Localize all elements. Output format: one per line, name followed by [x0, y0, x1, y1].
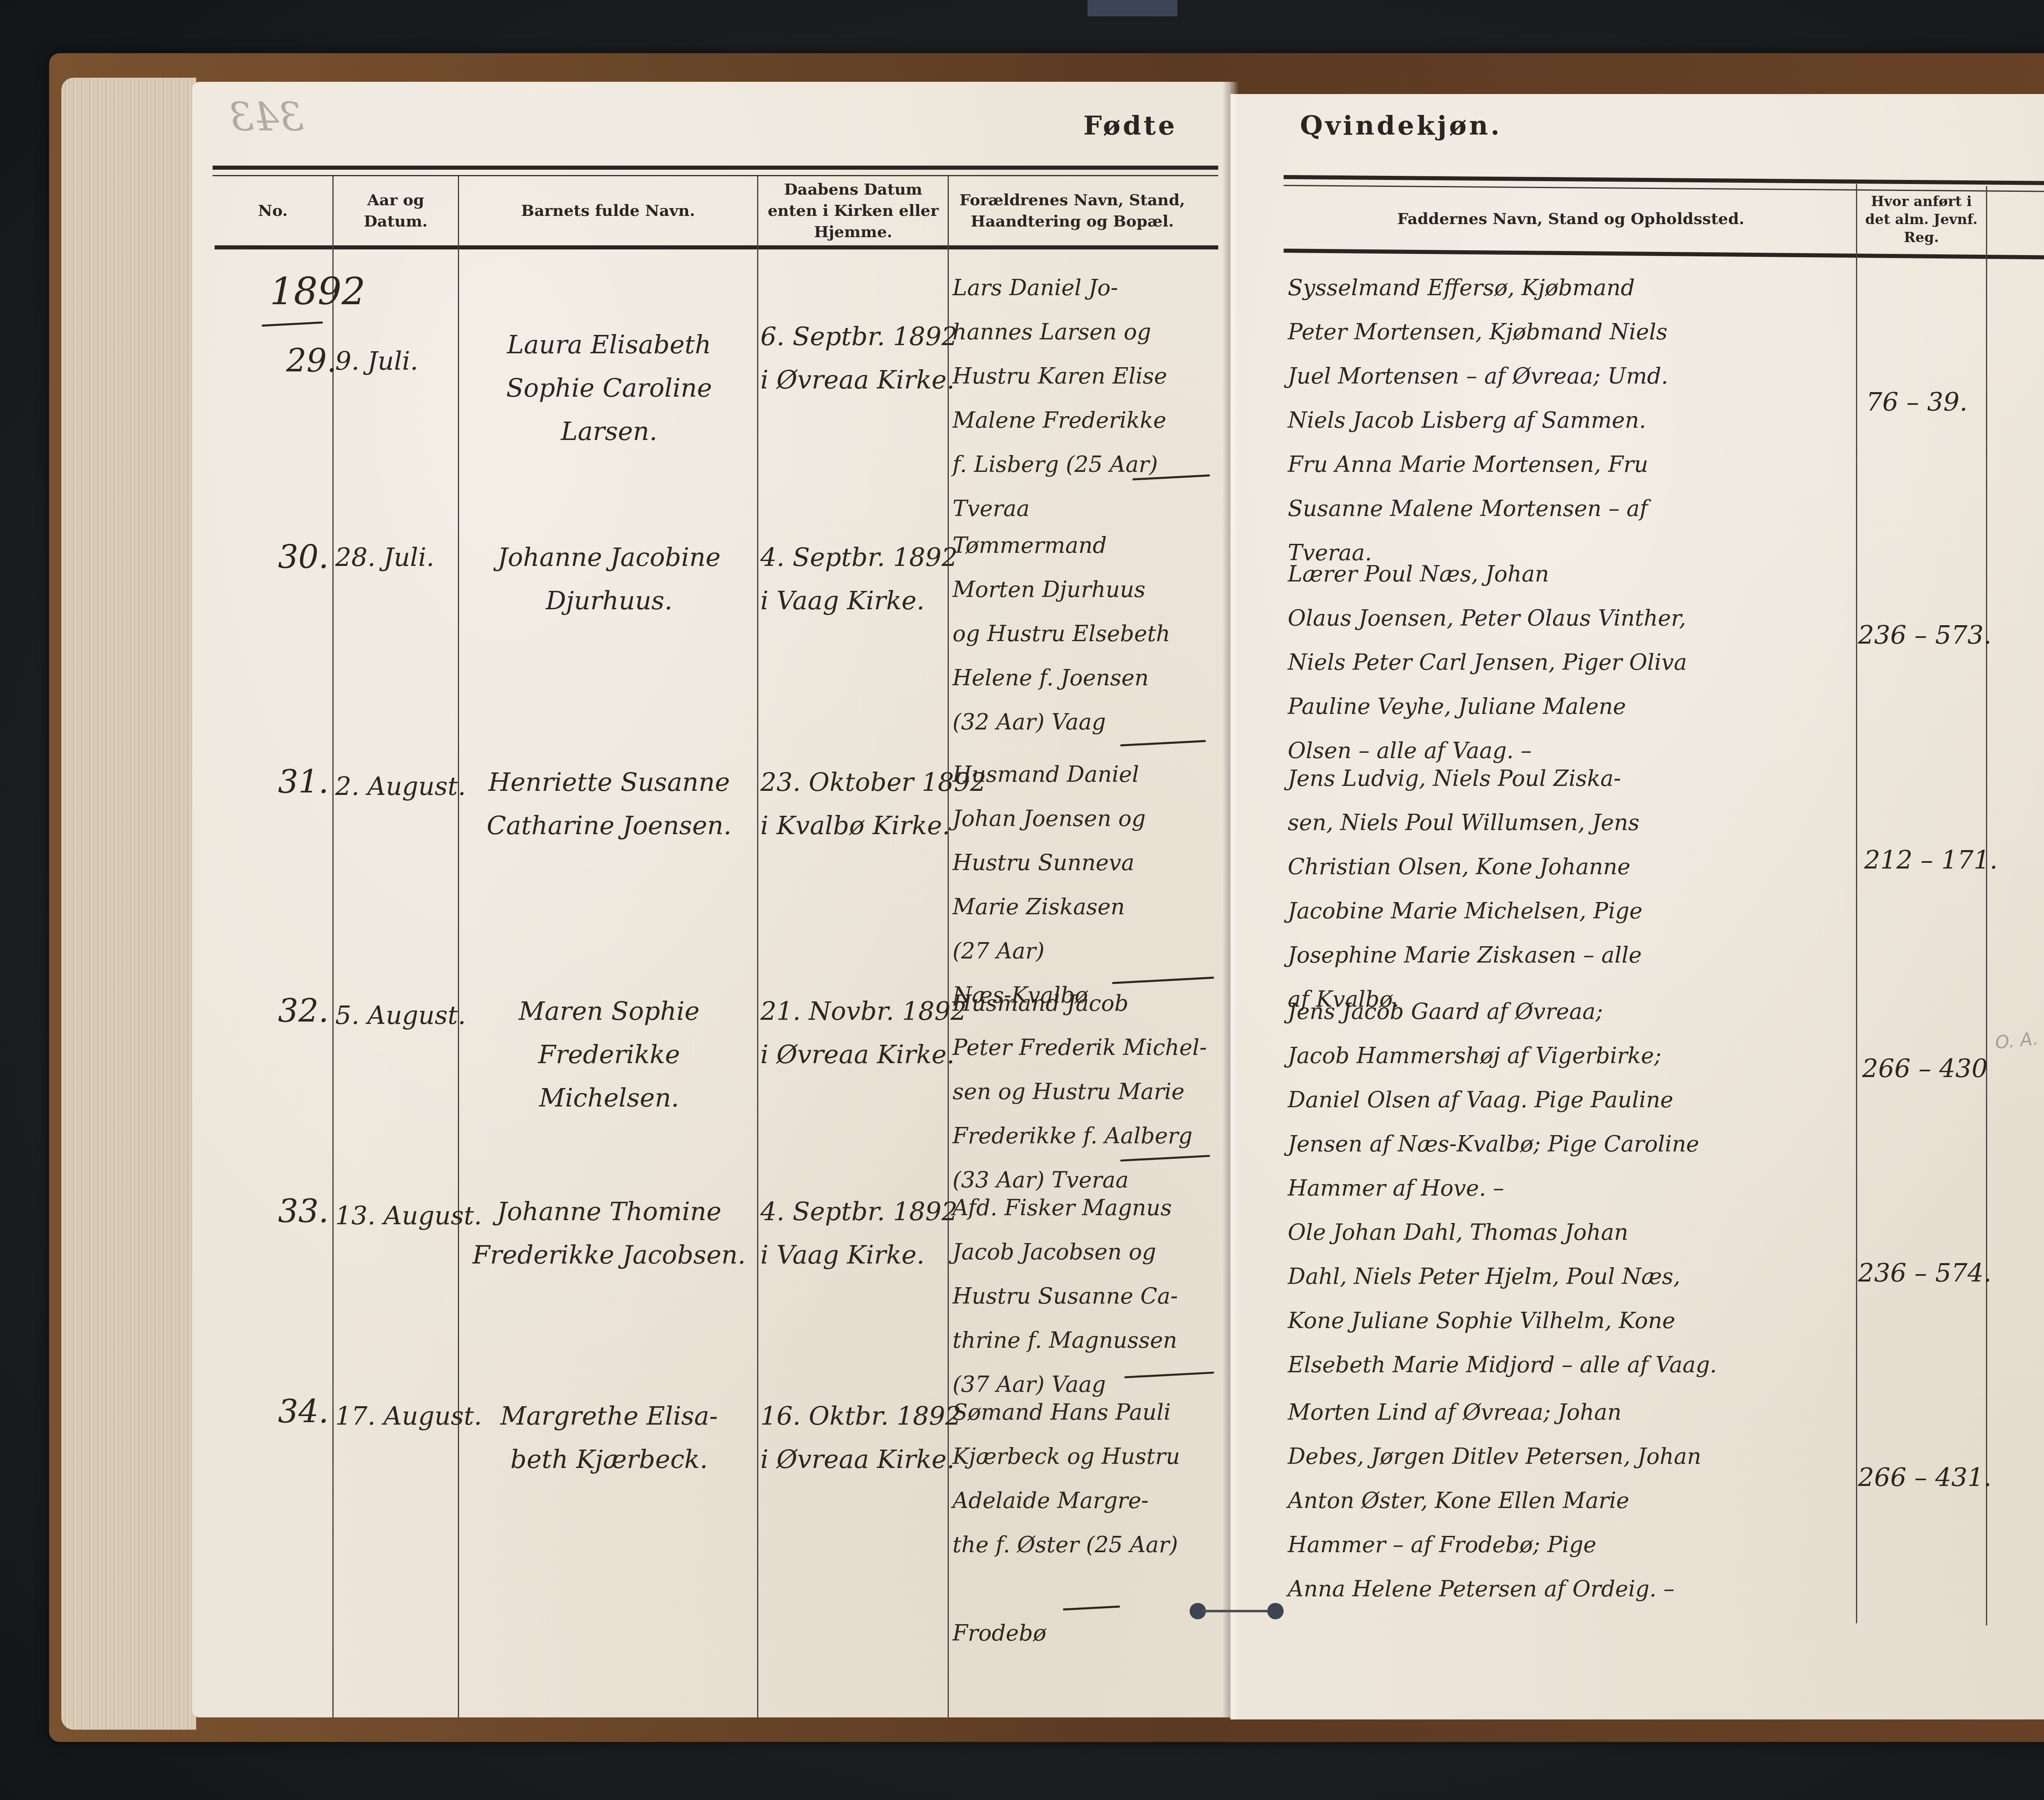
- page-number-left-bleedthrough: 343: [229, 94, 304, 140]
- col-header-parents: Forældrenes Navn, Stand, Haandtering og …: [950, 180, 1195, 241]
- col-header-baptism: Daabens Datum enten i Kirken eller Hjemm…: [759, 180, 947, 241]
- col-header-no: No.: [215, 180, 331, 241]
- header-rule-bottom-left: [215, 245, 1218, 249]
- entry-baptism: 4. Septbr. 1892 i Vaag Kirke.: [760, 1190, 957, 1277]
- entry-register-ref: 266 – 431.: [1858, 1456, 1992, 1499]
- col-divider: [332, 176, 334, 1717]
- entry-parents: Afd. Fisker Magnus Jacob Jacobsen og Hus…: [953, 1186, 1178, 1407]
- scanner-tab: [1087, 0, 1177, 16]
- entry-baptism: 4. Septbr. 1892 i Vaag Kirke.: [760, 536, 957, 622]
- running-title-right: Qvindekjøn.: [1300, 110, 1502, 141]
- entry-sponsors: Jens Jacob Gaard af Øvreaa; Jacob Hammer…: [1288, 990, 1699, 1210]
- register-year: 1892: [270, 270, 365, 313]
- entry-parents: Husmand Daniel Johan Joensen og Hustru S…: [953, 752, 1146, 1017]
- entry-number: 34.: [278, 1390, 329, 1434]
- col-header-sponsors: Faddernes Navn, Stand og Opholdssted.: [1288, 188, 1854, 249]
- entry-register-ref: 236 – 574.: [1858, 1251, 1992, 1295]
- entry-sponsors: Lærer Poul Næs, Johan Olaus Joensen, Pet…: [1288, 552, 1687, 773]
- col-header-remarks: Anmærkninger.: [1988, 190, 2044, 251]
- col-header-date: Aar og Datum.: [334, 180, 457, 241]
- running-title-left: Fødte: [1083, 110, 1177, 141]
- entry-parents: Sømand Hans Pauli Kjærbeck og Hustru Ade…: [953, 1390, 1180, 1655]
- binding-thread: [1190, 1603, 1284, 1619]
- entry-sponsors: Sysselmand Effersø, Kjøbmand Peter Morte…: [1288, 266, 1668, 575]
- entry-child-name: Johanne Thomine Frederikke Jacobsen.: [466, 1190, 752, 1277]
- entry-register-ref: 266 – 430: [1862, 1047, 1988, 1090]
- col-divider: [757, 176, 758, 1717]
- entry-parents: Tømmermand Morten Djurhuus og Hustru Els…: [953, 523, 1170, 744]
- header-rule-top-left-thin: [213, 175, 1218, 176]
- entry-birth-date: 2. August.: [335, 765, 466, 808]
- entry-birth-date: 13. August.: [335, 1194, 482, 1237]
- entry-baptism: 16. Oktbr. 1892 i Øvreaa Kirke.: [760, 1394, 961, 1481]
- thread-cord: [1202, 1610, 1271, 1612]
- col-divider: [948, 176, 949, 1717]
- entry-sponsors: Jens Ludvig, Niels Poul Ziska- sen, Niel…: [1288, 756, 1643, 1021]
- entry-child-name: Maren Sophie Frederikke Michelsen.: [466, 990, 752, 1120]
- page-stack-edges: [61, 78, 196, 1730]
- book-gutter: [1222, 82, 1239, 1719]
- entry-child-name: Henriette Susanne Catharine Joensen.: [466, 761, 752, 847]
- entry-register-ref: 236 – 573.: [1858, 613, 1992, 657]
- entry-birth-date: 28. Juli.: [335, 536, 434, 579]
- entry-register-ref: 212 – 171.: [1864, 838, 1998, 882]
- entry-birth-date: 17. August.: [335, 1394, 482, 1438]
- entry-number: 33.: [278, 1190, 329, 1233]
- entry-child-name: Johanne Jacobine Djurhuus.: [466, 536, 752, 622]
- col-header-reference: Hvor anført i det alm. Jevnf. Reg.: [1858, 189, 1985, 250]
- col-header-child-name: Barnets fulde Navn.: [460, 180, 756, 241]
- entry-child-name: Laura Elisabeth Sophie Caroline Larsen.: [466, 323, 752, 453]
- entry-register-ref: 76 – 39.: [1866, 380, 1968, 424]
- entry-sponsors: Ole Johan Dahl, Thomas Johan Dahl, Niels…: [1288, 1210, 1717, 1387]
- col-divider: [1856, 184, 1857, 1623]
- col-divider: [1986, 186, 1987, 1625]
- thread-knot-icon: [1267, 1603, 1284, 1619]
- entry-number: 29.: [286, 339, 337, 383]
- header-rule-top-left: [213, 166, 1218, 170]
- entry-number: 31.: [278, 761, 329, 804]
- entry-parents: Husmand Jacob Peter Frederik Michel- sen…: [953, 981, 1207, 1202]
- entry-child-name: Margrethe Elisa- beth Kjærbeck.: [466, 1394, 752, 1481]
- entry-sponsors: Morten Lind af Øvreaa; Johan Debes, Jørg…: [1288, 1390, 1701, 1611]
- entry-birth-date: 5. August.: [335, 994, 466, 1037]
- entry-number: 32.: [278, 990, 329, 1033]
- entry-birth-date: 9. Juli.: [335, 339, 418, 383]
- entry-number: 30.: [278, 536, 329, 579]
- entry-baptism: 6. Septbr. 1892 i Øvreaa Kirke.: [760, 315, 957, 402]
- entry-baptism: 21. Novbr. 1892 i Øvreaa Kirke.: [760, 990, 967, 1076]
- entry-parents: Lars Daniel Jo- hannes Larsen og Hustru …: [953, 266, 1167, 531]
- col-divider: [458, 176, 459, 1717]
